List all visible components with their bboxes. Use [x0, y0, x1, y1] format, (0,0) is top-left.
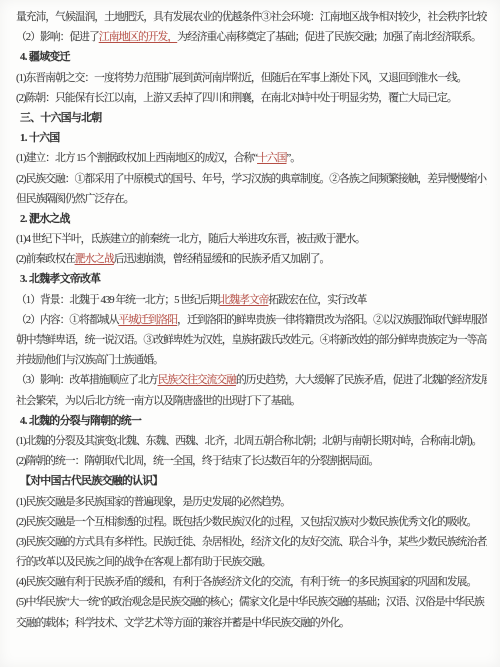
text-segment: （3）影响：改革措施顺应了北方: [16, 374, 158, 386]
doc-text-line: (1)民族交融是多民族国家的普遍现象，是历史发展的必然趋势。: [16, 492, 487, 512]
text-segment: 交融的载体；科学技术、文学艺术等方面的兼容并蓄是中华民族交融的外化。: [16, 617, 349, 629]
doc-heading-line: 1. 十六国: [16, 128, 487, 148]
text-segment: 拓跋宏在位，实行改革: [268, 294, 366, 306]
text-segment: (2)民族交融是一个互相渗透的过程。既包括少数民族汉化的过程，又包括汉族对少数民…: [16, 516, 476, 528]
doc-text-line: (2)民族交融是一个互相渗透的过程。既包括少数民族汉化的过程，又包括汉族对少数民…: [16, 512, 487, 532]
doc-text-line: （2）内容：①将都城从平城迁到洛阳，迁到洛阳的鲜卑贵族一律将籍贯改为洛阳。②以汉…: [16, 310, 487, 330]
doc-text-line: （1）背景：北魏于 439 年统一北方；5 世纪后期北魏孝文帝拓跋宏在位，实行改…: [16, 290, 487, 310]
text-segment: (2)民族交融：①都采用了中原模式的国号、年号，学习汉族的典章制度。②各族之间频…: [16, 173, 487, 185]
text-segment: 朝中禁鲜卑语，统一说汉语。③改鲜卑姓为汉姓，皇族拓跋氏改姓元。④将新改姓的部分鲜…: [16, 334, 487, 346]
text-segment: 但民族隔阂仍然广泛存在。: [16, 193, 134, 205]
doc-text-line: (2)前秦政权在淝水之战后迅速崩溃，曾经稍显缓和的民族矛盾又加剧了。: [16, 249, 487, 269]
doc-text-line: （3）影响：改革措施顺应了北方民族交往交流交融的历史趋势，大大缓解了民族矛盾，促…: [16, 370, 487, 390]
doc-text-line: 朝中禁鲜卑语，统一说汉语。③改鲜卑姓为汉姓，皇族拓跋氏改姓元。④将新改姓的部分鲜…: [16, 330, 487, 350]
text-segment: (1)4 世纪下半叶，氐族建立的前秦统一北方，随后大举进攻东晋，被击败于淝水。: [16, 233, 365, 245]
doc-text-line: (1)北魏的分裂及其演变(北魏、东魏、西魏、北齐，北周五朝合称北朝；北朝与南朝长…: [16, 431, 487, 451]
highlighted-term: 平城迁到洛阳: [118, 314, 177, 326]
doc-heading-line: 2. 淝水之战: [16, 209, 487, 229]
text-segment: (2)前秦政权在: [16, 253, 75, 265]
document-page: 量充沛，气候温润，土地肥沃，具有发展农业的优越条件③社会环境：江南地区战争相对较…: [0, 0, 500, 667]
highlighted-term: 江南地区的开发，: [99, 31, 177, 43]
highlighted-term: 北魏孝文帝: [219, 294, 268, 306]
doc-text-line: (2)民族交融：①都采用了中原模式的国号、年号，学习汉族的典章制度。②各族之间频…: [16, 169, 487, 189]
doc-text-line: 量充沛，气候温润，土地肥沃，具有发展农业的优越条件③社会环境：江南地区战争相对较…: [16, 7, 487, 27]
text-segment: 【对中国古代民族交融的认识】: [20, 475, 163, 487]
text-segment: 为经济重心南移奠定了基础；促进了民族交融；加强了南北经济联系。: [177, 31, 481, 43]
text-segment: (5)中华民族“大一统”的政治观念是民族交融的核心；儒家文化是中华民族交融的基础…: [16, 596, 484, 608]
doc-heading-line: 三、十六国与北朝: [16, 108, 487, 128]
text-segment: 3. 北魏孝文帝改革: [20, 273, 100, 285]
doc-text-line: 行的改革以及民族之间的战争在客观上都有助于民族交融。: [16, 552, 487, 572]
text-segment: 的历史趋势，大大缓解了民族矛盾，促进了北魏的经济发展和: [236, 374, 487, 386]
text-segment: (3)民族交融的方式具有多样性。民族迁徙、杂居相处，经济文化的友好交流、联合斗争…: [16, 536, 487, 548]
doc-text-line: (4)民族交融有利于民族矛盾的缓和，有利于各族经济文化的交流，有利于统一的多民族…: [16, 572, 487, 592]
doc-heading-line: 【对中国古代民族交融的认识】: [16, 471, 487, 491]
text-segment: 后迅速崩溃，曾经稍显缓和的民族矛盾又加剧了。: [114, 253, 330, 265]
doc-heading-line: 3. 北魏孝文帝改革: [16, 269, 487, 289]
doc-text-line: 并鼓励他们与汉族高门士族通婚。: [16, 350, 487, 370]
highlighted-term: 民族交往交流交融: [158, 374, 236, 386]
text-segment: (2)隋朝的统一：隋朝取代北周，统一全国，终于结束了长达数百年的分裂割据局面。: [16, 455, 378, 467]
doc-text-line: (1)东晋南朝之交：一度将势力范围扩展到黄河南岸附近，但随后在军事上渐处下风，又…: [16, 68, 487, 88]
text-segment: 4. 北魏的分裂与隋朝的统一: [20, 415, 141, 427]
text-segment: (1)东晋南朝之交：一度将势力范围扩展到黄河南岸附近，但随后在军事上渐处下风，又…: [16, 72, 466, 84]
text-segment: (1)民族交融是多民族国家的普遍现象，是历史发展的必然趋势。: [16, 496, 290, 508]
doc-text-line: 交融的载体；科学技术、文学艺术等方面的兼容并蓄是中华民族交融的外化。: [16, 613, 487, 633]
doc-text-line: (3)民族交融的方式具有多样性。民族迁徙、杂居相处，经济文化的友好交流、联合斗争…: [16, 532, 487, 552]
doc-text-line: （2）影响：促进了江南地区的开发，为经济重心南移奠定了基础；促进了民族交融；加强…: [16, 27, 487, 47]
doc-text-line: 但民族隔阂仍然广泛存在。: [16, 189, 487, 209]
text-segment: (2)陈朝：只能保有长江以南，上游又丢掉了四川和荆襄，在南北对峙中处于明显劣势，…: [16, 92, 457, 104]
text-segment: (1)建立：北方 15 个割据政权加上西南地区的成汉，合称“: [16, 152, 257, 164]
doc-heading-line: 4. 疆域变迁: [16, 47, 487, 67]
text-segment: ”。: [287, 152, 301, 164]
text-segment: （1）背景：北魏于 439 年统一北方；5 世纪后期: [16, 294, 219, 306]
text-segment: 社会繁荣，为以后北方统一南方以及隋唐盛世的出现打下了基础。: [16, 395, 300, 407]
text-segment: 三、十六国与北朝: [20, 112, 102, 124]
text-segment: 2. 淝水之战: [20, 213, 70, 225]
text-segment: 1. 十六国: [20, 132, 60, 144]
text-segment: (4)民族交融有利于民族矛盾的缓和，有利于各族经济文化的交流，有利于统一的多民族…: [16, 576, 476, 588]
doc-text-line: (2)陈朝：只能保有长江以南，上游又丢掉了四川和荆襄，在南北对峙中处于明显劣势，…: [16, 88, 487, 108]
doc-text-line: (5)中华民族“大一统”的政治观念是民族交融的核心；儒家文化是中华民族交融的基础…: [16, 592, 487, 612]
text-segment: 行的改革以及民族之间的战争在客观上都有助于民族交融。: [16, 556, 271, 568]
text-segment: ，迁到洛阳的鲜卑贵族一律将籍贯改为洛阳。②以汉族服饰取代鲜卑服饰，: [177, 314, 487, 326]
highlighted-term: 十六国: [257, 152, 286, 164]
text-segment: 量充沛，气候温润，土地肥沃，具有发展农业的优越条件③社会环境：江南地区战争相对较…: [16, 11, 487, 23]
doc-text-line: (1)4 世纪下半叶，氐族建立的前秦统一北方，随后大举进攻东晋，被击败于淝水。: [16, 229, 487, 249]
doc-text-line: (2)隋朝的统一：隋朝取代北周，统一全国，终于结束了长达数百年的分裂割据局面。: [16, 451, 487, 471]
highlighted-term: 淝水之战: [75, 253, 114, 265]
text-segment: （2）影响：促进了: [16, 31, 99, 43]
doc-heading-line: 4. 北魏的分裂与隋朝的统一: [16, 411, 487, 431]
doc-text-line: (1)建立：北方 15 个割据政权加上西南地区的成汉，合称“十六国”。: [16, 148, 487, 168]
text-segment: 4. 疆域变迁: [20, 51, 70, 63]
text-segment: 并鼓励他们与汉族高门士族通婚。: [16, 354, 163, 366]
text-segment: (1)北魏的分裂及其演变(北魏、东魏、西魏、北齐，北周五朝合称北朝；北朝与南朝长…: [16, 435, 481, 447]
text-segment: （2）内容：①将都城从: [16, 314, 118, 326]
doc-text-line: 社会繁荣，为以后北方统一南方以及隋唐盛世的出现打下了基础。: [16, 391, 487, 411]
